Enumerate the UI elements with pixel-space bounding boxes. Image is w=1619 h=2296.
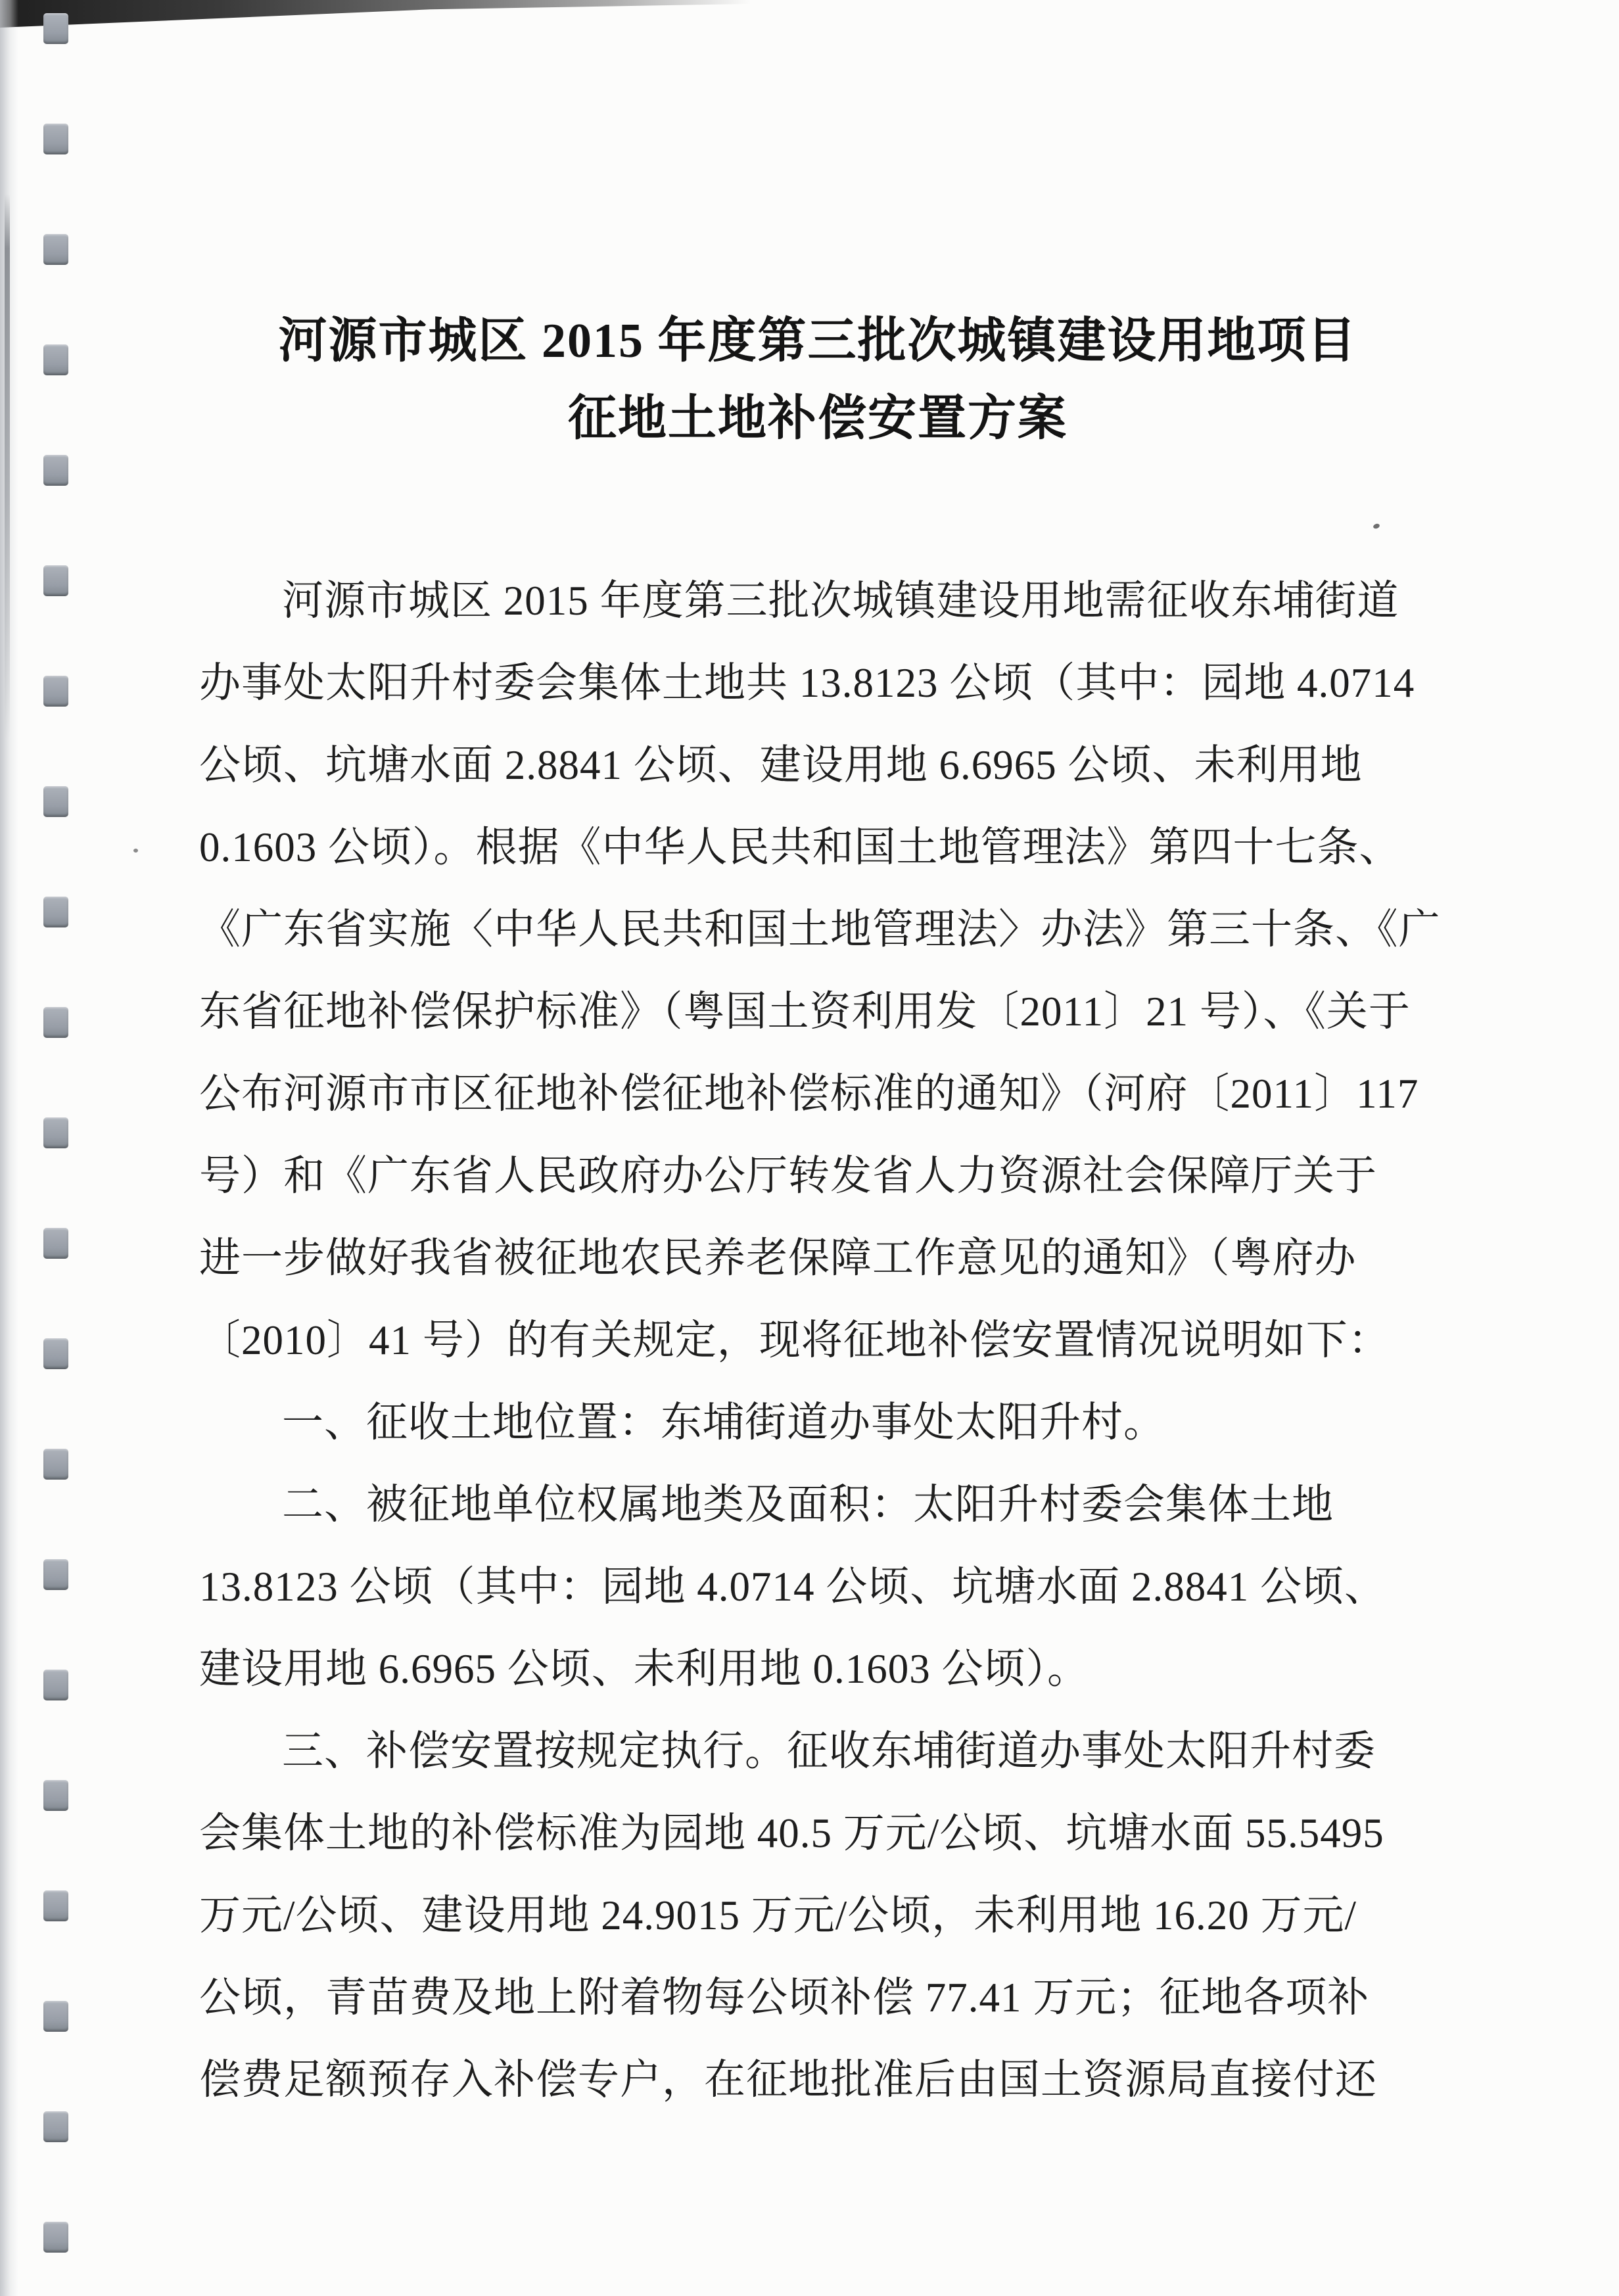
scan-speck xyxy=(1373,523,1380,530)
body-line: 东省征地补偿保护标准》（粤国土资利用发〔2011〕21 号）、《关于 xyxy=(199,971,1436,1053)
binding-hole xyxy=(43,124,68,154)
body-line: 公顷，青苗费及地上附着物每公顷补偿 77.41 万元；征地各项补 xyxy=(199,1957,1436,2039)
binding-hole xyxy=(43,1890,68,1921)
body-line: 万元/公顷、建设用地 24.9015 万元/公顷，未利用地 16.20 万元/ xyxy=(199,1875,1436,1957)
binding-hole xyxy=(43,455,68,486)
document-title-line-2: 征地土地补偿安置方案 xyxy=(199,380,1436,457)
binding-hole xyxy=(43,1559,68,1590)
binding-hole xyxy=(43,676,68,707)
document-body: 河源市城区 2015 年度第三批次城镇建设用地需征收东埔街道 办事处太阳升村委会… xyxy=(199,560,1436,2121)
document-title-line-1: 河源市城区 2015 年度第三批次城镇建设用地项目 xyxy=(199,302,1436,380)
scan-speck xyxy=(133,849,138,853)
body-line: 号）和《广东省人民政府办公厅转发省人力资源社会保障厅关于 xyxy=(199,1135,1436,1217)
document-title: 河源市城区 2015 年度第三批次城镇建设用地项目 征地土地补偿安置方案 xyxy=(199,302,1436,457)
binding-hole xyxy=(43,786,68,817)
scanned-document-page: 河源市城区 2015 年度第三批次城镇建设用地项目 征地土地补偿安置方案 河源市… xyxy=(0,0,1619,2296)
body-line: 进一步做好我省被征地农民养老保障工作意见的通知》（粤府办 xyxy=(199,1217,1436,1300)
body-line: 公顷、坑塘水面 2.8841 公顷、建设用地 6.6965 公顷、未利用地 xyxy=(199,724,1436,807)
scan-crease-line xyxy=(5,194,10,739)
scan-top-edge-shadow xyxy=(0,0,782,28)
binding-hole xyxy=(43,897,68,927)
body-line: 13.8123 公顷（其中：园地 4.0714 公顷、坑塘水面 2.8841 公… xyxy=(199,1546,1436,1628)
binding-hole xyxy=(43,2222,68,2253)
body-line-item-1: 一、征收土地位置：东埔街道办事处太阳升村。 xyxy=(199,1382,1436,1464)
binding-hole xyxy=(43,1449,68,1480)
binding-hole xyxy=(43,565,68,596)
binding-hole xyxy=(43,1117,68,1148)
binding-hole xyxy=(43,234,68,265)
body-line: 0.1603 公顷）。根据《中华人民共和国土地管理法》第四十七条、 xyxy=(199,807,1436,889)
binding-hole xyxy=(43,1670,68,1700)
body-line: 偿费足额预存入补偿专户，在征地批准后由国土资源局直接付还 xyxy=(199,2039,1436,2121)
binding-hole xyxy=(43,13,68,44)
binding-hole xyxy=(43,2111,68,2142)
body-line-item-3: 三、补偿安置按规定执行。征收东埔街道办事处太阳升村委 xyxy=(199,1710,1436,1792)
binding-hole xyxy=(43,1228,68,1259)
binding-hole xyxy=(43,1780,68,1811)
body-line-item-2: 二、被征地单位权属地类及面积：太阳升村委会集体土地 xyxy=(199,1464,1436,1546)
body-line: 办事处太阳升村委会集体土地共 13.8123 公顷（其中：园地 4.0714 xyxy=(199,642,1436,724)
binding-hole xyxy=(43,2001,68,2032)
body-line: 会集体土地的补偿标准为园地 40.5 万元/公顷、坑塘水面 55.5495 xyxy=(199,1792,1436,1875)
body-line: 建设用地 6.6965 公顷、未利用地 0.1603 公顷）。 xyxy=(199,1628,1436,1710)
binding-hole xyxy=(43,1338,68,1369)
body-line: 《广东省实施〈中华人民共和国土地管理法〉办法》第三十条、《广 xyxy=(199,889,1436,971)
binding-hole xyxy=(43,1007,68,1038)
binding-hole xyxy=(43,344,68,375)
body-line: 公布河源市市区征地补偿征地补偿标准的通知》（河府〔2011〕117 xyxy=(199,1053,1436,1135)
body-line: 〔2010〕41 号）的有关规定，现将征地补偿安置情况说明如下： xyxy=(199,1300,1436,1382)
body-line: 河源市城区 2015 年度第三批次城镇建设用地需征收东埔街道 xyxy=(199,560,1436,642)
